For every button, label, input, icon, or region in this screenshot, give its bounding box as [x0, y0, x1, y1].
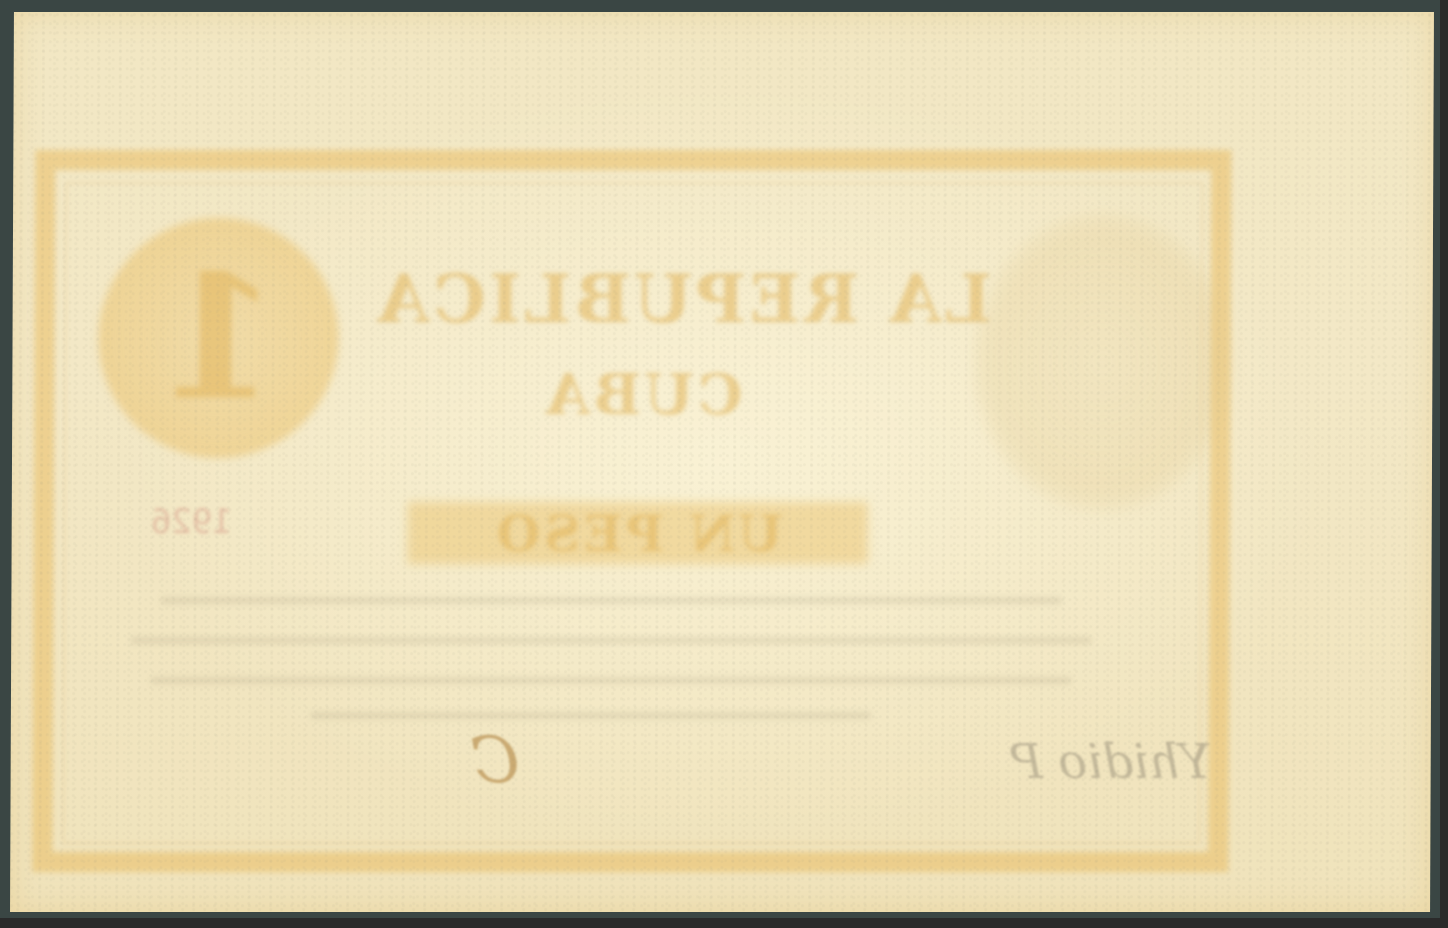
text-line: [311, 712, 871, 719]
signature-left: C: [471, 724, 520, 798]
text-line: [161, 597, 1061, 604]
text-line: [151, 677, 1071, 684]
title-republica: LA REPUBLICA: [373, 260, 993, 338]
banknote-reverse: 1 LA REPUBLICA CUBA UN PESO 1926 C Yhidi…: [10, 12, 1434, 912]
text-line: [131, 637, 1091, 644]
denomination-word: UN PESO: [408, 504, 868, 563]
country-cuba: CUBA: [492, 362, 792, 428]
denomination-numeral: 1: [98, 218, 339, 458]
signature-right: Yhidio P: [1011, 734, 1212, 790]
serial-number: 1926: [132, 502, 252, 542]
portrait-vignette: [972, 212, 1233, 512]
